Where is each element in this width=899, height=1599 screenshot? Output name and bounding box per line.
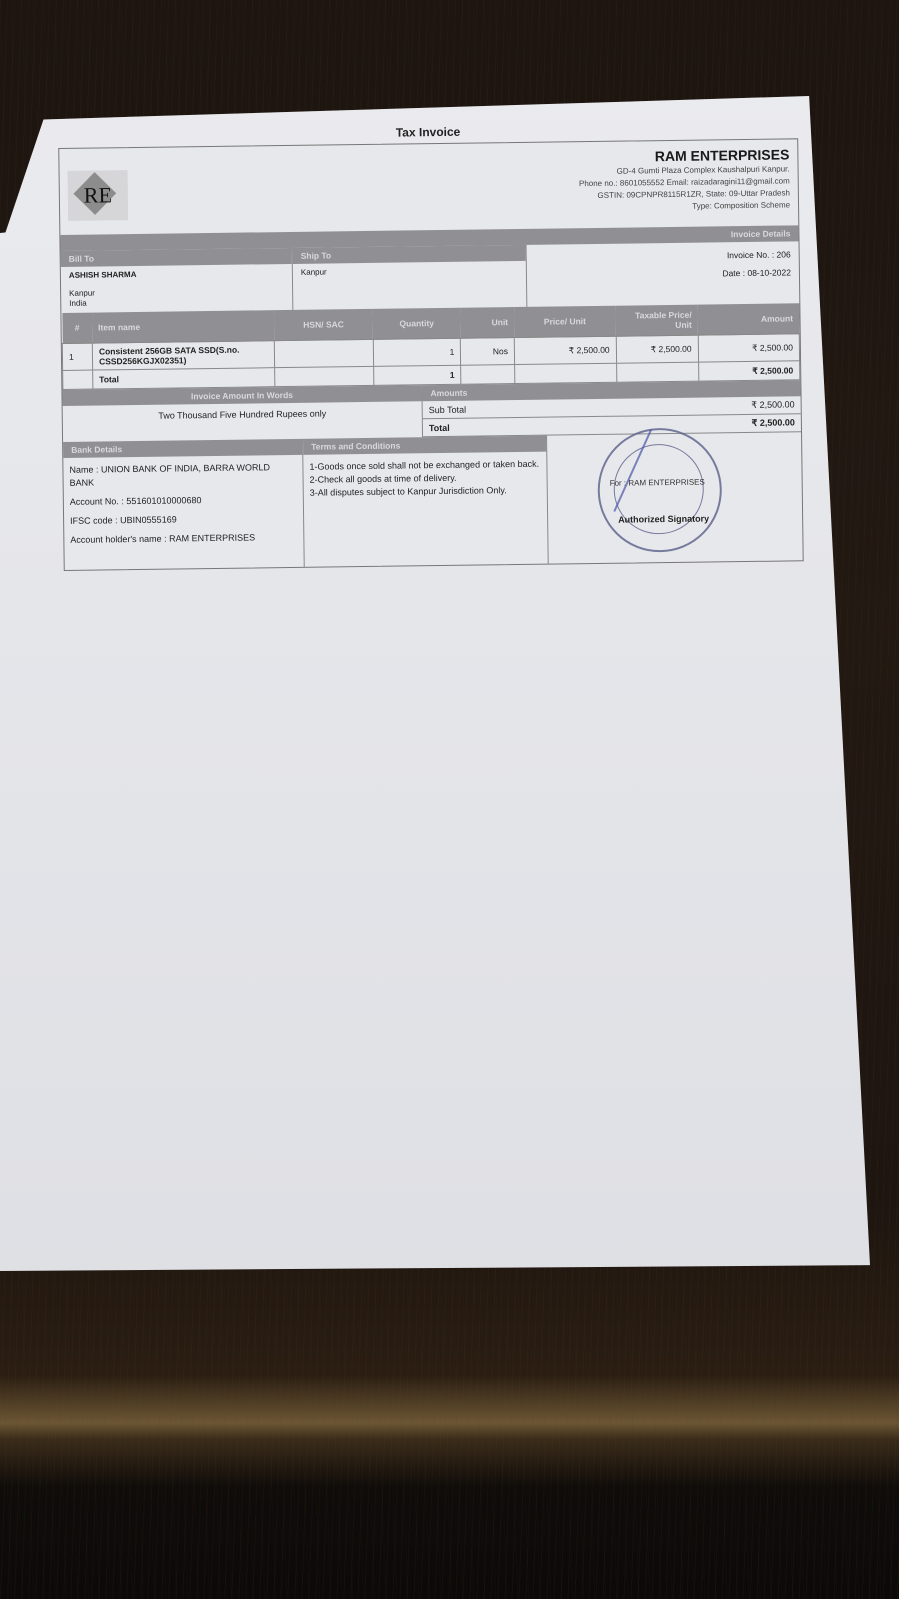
company-logo: RE [68, 170, 129, 221]
items-table: # Item name HSN/ SAC Quantity Unit Price… [61, 303, 800, 390]
total-value: ₹ 2,500.00 [601, 414, 801, 435]
bank-details: Name : UNION BANK OF INDIA, BARRA WORLD … [63, 455, 303, 553]
stamp-for-text: For : RAM ENTERPRISES [610, 478, 705, 488]
seller-details: RAM ENTERPRISES GD-4 Gumti Plaza Complex… [578, 139, 798, 228]
terms-list: 1-Goods once sold shall not be exchanged… [303, 452, 547, 506]
amount-in-words: Two Thousand Five Hundred Rupees only [63, 401, 422, 428]
invoice-date: Date : 08-10-2022 [535, 263, 791, 284]
signature-area: For : RAM ENTERPRISES Authorized Signato… [547, 432, 803, 563]
invoice-header: RE RAM ENTERPRISES GD-4 Gumti Plaza Comp… [59, 139, 798, 235]
amounts-table: Sub Total₹ 2,500.00 Total₹ 2,500.00 [423, 396, 801, 437]
invoice-meta: Invoice No. : 206 Date : 08-10-2022 [527, 241, 800, 307]
customer-name: ASHISH SHARMA [69, 268, 284, 281]
footer-section: Bank Details Name : UNION BANK OF INDIA,… [63, 432, 803, 570]
party-section: Bill To ASHISH SHARMA Kanpur India Ship … [61, 241, 800, 313]
bill-to-details: ASHISH SHARMA Kanpur India [61, 264, 293, 313]
amount-section: Invoice Amount In Words Two Thousand Fiv… [62, 380, 801, 442]
invoice-frame: RE RAM ENTERPRISES GD-4 Gumti Plaza Comp… [58, 138, 803, 571]
item-name: Consistent 256GB SATA SSD(S.no. CSSD256K… [92, 341, 274, 370]
authorized-signatory-label: Authorized Signatory [618, 514, 709, 525]
customer-country: India [69, 296, 284, 309]
tax-invoice-document: Tax Invoice RE RAM ENTERPRISES GD-4 Gumt… [58, 120, 804, 571]
ship-to-city: Kanpur [293, 261, 526, 282]
